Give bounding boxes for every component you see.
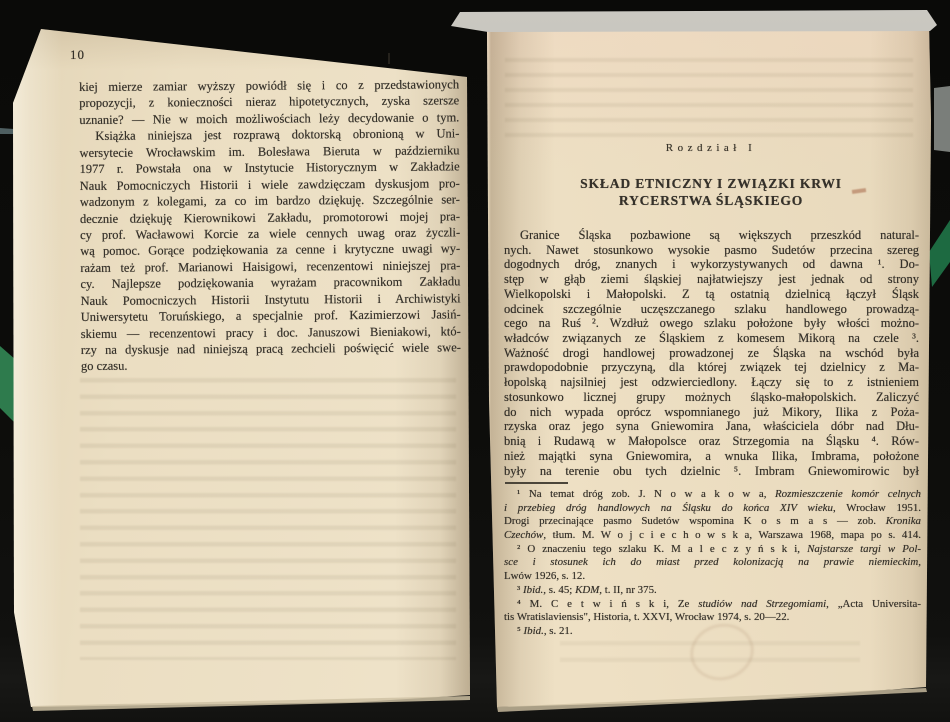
text-line: były na terenie obu tych dzielnic ⁵. Imb… xyxy=(504,464,919,479)
text-line: ⁵ Ibid., s. 21. xyxy=(504,625,921,639)
text-line: cego na Ruś ². Wzdłuż owego szlaku położ… xyxy=(504,316,919,331)
text-line: ³ Ibid., s. 45; KDM, t. II, nr 375. xyxy=(504,584,921,598)
footnote-separator xyxy=(505,482,568,484)
left-page-number: 10 xyxy=(70,47,85,63)
chapter-title: SKŁAD ETNICZNY I ZWIĄZKI KRWI RYCERSTWA … xyxy=(503,176,919,210)
text-line: dogodnych dróg, znanych i wykorzystywany… xyxy=(504,257,919,272)
text-line: stosunkowo licznej grupy możnych śląsko-… xyxy=(504,390,919,405)
text-line: łopolską najsilniej jest odzwierciedlony… xyxy=(504,375,919,390)
text-line: rzyska oraz jego syna Gniewomira Jana, w… xyxy=(504,419,919,434)
chapter-label: Rozdział I xyxy=(503,142,919,154)
text-line: Lwów 1926, s. 12. xyxy=(504,570,921,584)
text-line: stęp w głąb ziemi śląskiej najłatwiejszy… xyxy=(504,272,919,287)
chapter-body-text: Granice Śląska pozbawione są większych p… xyxy=(504,228,919,478)
text-line: bnią i Rudawą w Małopolsce oraz Strzegom… xyxy=(504,434,919,449)
chapter-title-line-1: SKŁAD ETNICZNY I ZWIĄZKI KRWI xyxy=(503,176,919,193)
text-line: Wielkopolski i Małopolski. Z tą ostatnią… xyxy=(504,287,919,302)
ink-mark xyxy=(388,53,390,64)
text-line: tis Wratislaviensis", Historia, t. XXVI,… xyxy=(504,611,921,625)
text-line: odcinek szczególnie uczęszczanego szlaku… xyxy=(504,302,919,317)
text-line: rzy na dyskusje nad niniejszą pracą zech… xyxy=(81,339,461,358)
text-line: do nich wypada oprócz wspomnianego już M… xyxy=(504,405,919,420)
footnotes-text: ¹ Na temat dróg zob. J. N o w a k o w a,… xyxy=(504,488,921,639)
photo-background: 10 kiej mierze zamiar wyższy powiódł się… xyxy=(0,0,950,722)
text-line: go czasu. xyxy=(81,356,461,375)
text-line: ⁴ M. C e t w i ń s k i, Ze studiów nad S… xyxy=(504,598,921,612)
text-line: nież majątki syna Gniewomira, a wnuka Il… xyxy=(504,449,919,464)
text-line: prawdopodobnie przyczyną, dla której zwi… xyxy=(504,360,919,375)
bleedthrough-ghost-text-right-bottom xyxy=(560,641,860,667)
text-line: Granice Śląska pozbawione są większych p… xyxy=(504,228,919,243)
bleedthrough-ghost-text-left xyxy=(80,378,456,660)
left-page-text: kiej mierze zamiar wyższy powiódł się i … xyxy=(79,76,461,375)
text-line: i przebieg dróg handlowych na Śląsku do … xyxy=(504,502,921,516)
text-line: ² O znaczeniu tego szlaku K. M a l e c z… xyxy=(504,543,921,557)
text-line: sce i stosunek ich do miast przed koloni… xyxy=(504,556,921,570)
text-line: Drogi przecinające pasmo Sudetów wspomin… xyxy=(504,515,921,529)
text-line: Ważność drogi handlowej prowadzonej ze Ś… xyxy=(504,346,919,361)
bleedthrough-ghost-text-right-top xyxy=(505,58,913,146)
text-line: Czechów, tłum. M. W o j c i e c h o w s … xyxy=(504,529,921,543)
text-line: władców związanych ze Śląskiem z komesem… xyxy=(504,331,919,346)
text-line: Uniwersytetu Toruńskiego, a specjalnie p… xyxy=(81,306,461,325)
text-line: wadzonym z kolegami, za co im bardzo dzi… xyxy=(80,191,460,210)
text-line: ¹ Na temat dróg zob. J. N o w a k o w a,… xyxy=(504,488,921,502)
text-line: nych. Nawet stosunkowo wysokie pasmo Sud… xyxy=(504,243,919,258)
chapter-title-line-2: RYCERSTWA ŚLĄSKIEGO xyxy=(503,193,919,210)
